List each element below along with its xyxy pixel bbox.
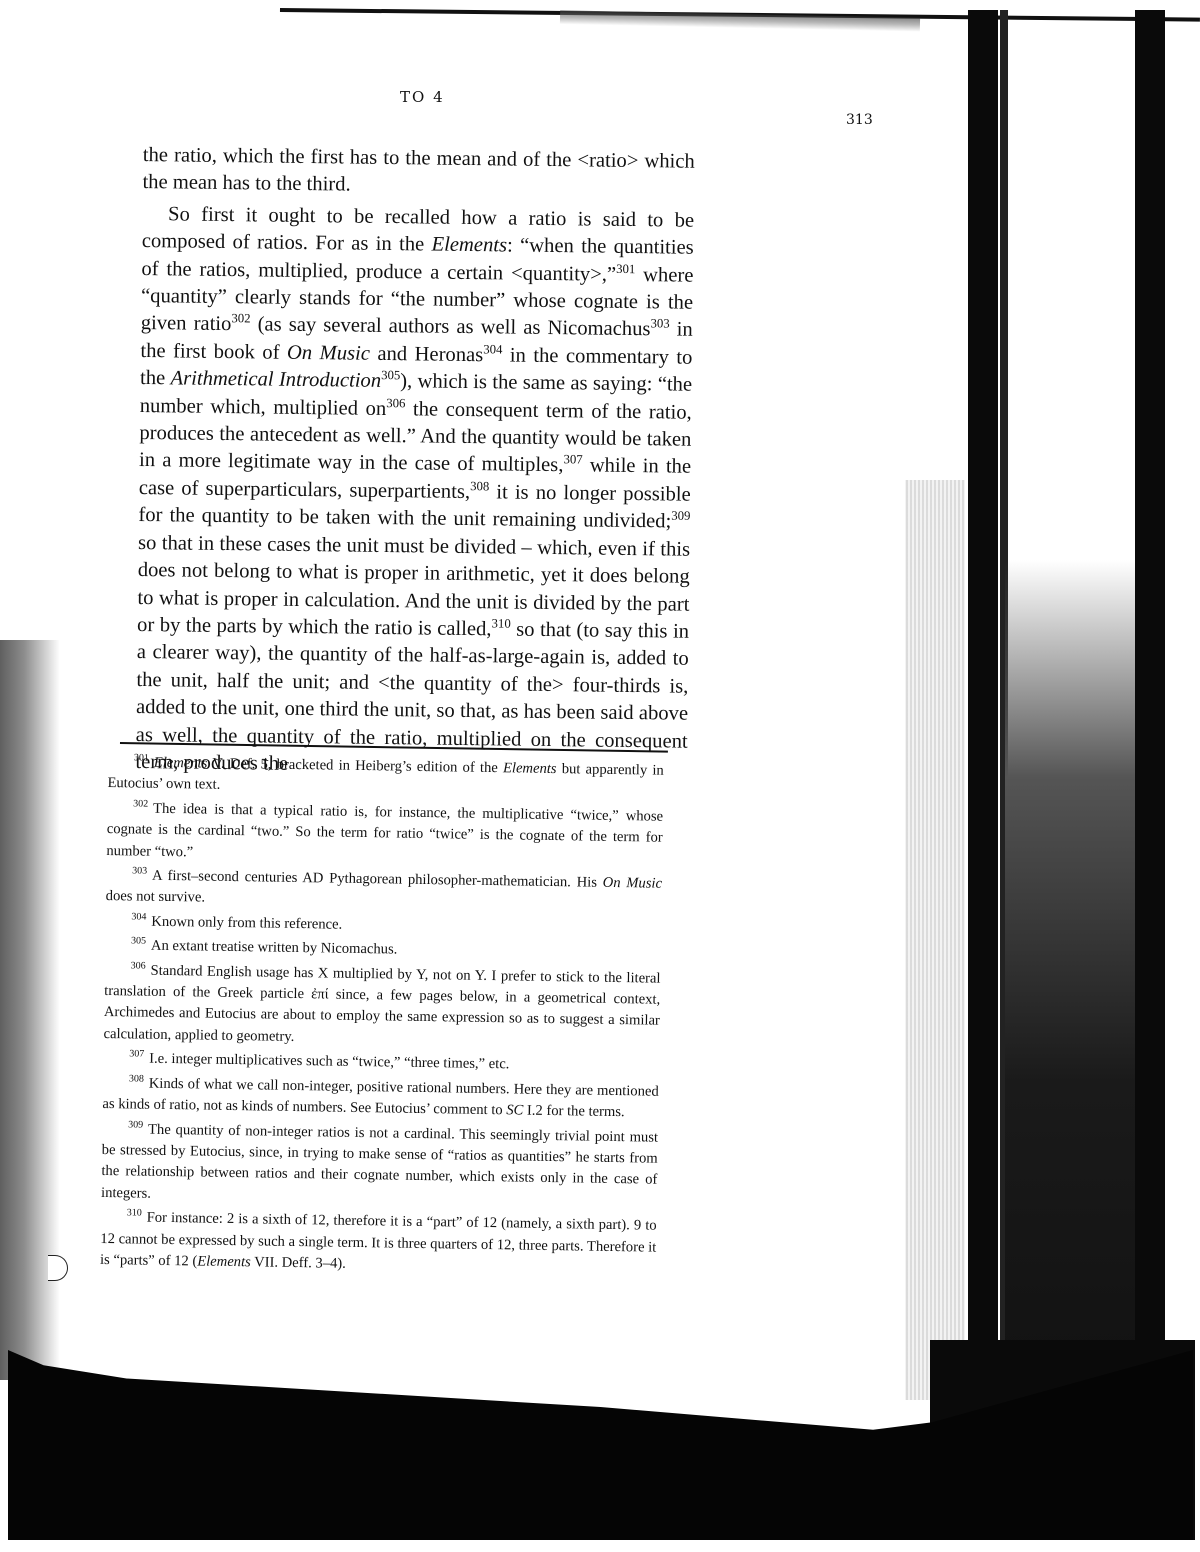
- footnote-ref: 310: [492, 616, 511, 630]
- footnote-ref: 304: [483, 342, 502, 356]
- footnote-309: 309The quantity of non-integer ratios is…: [101, 1118, 658, 1212]
- footnote-number: 303: [132, 866, 147, 877]
- text-run: I.2 for the terms.: [523, 1103, 625, 1121]
- footnote-number: 301: [134, 753, 149, 764]
- footnote-ref: 302: [231, 312, 250, 326]
- text-run: and Heronas: [370, 343, 484, 366]
- footnote-ref: 303: [650, 317, 669, 331]
- footnotes: 301Elements V. Def. 5, bracketed in Heib…: [100, 752, 664, 1283]
- footnote-308: 308Kinds of what we call non-integer, po…: [102, 1073, 659, 1125]
- footnote-310: 310For instance: 2 is a sixth of 12, the…: [100, 1207, 657, 1280]
- footnote-302: 302The idea is that a typical ratio is, …: [106, 798, 663, 871]
- running-head: TO 4: [400, 88, 445, 106]
- text-run: Known only from this reference.: [151, 914, 342, 933]
- book-spine-band: [968, 10, 998, 1350]
- body-text: the ratio, which the first has to the me…: [135, 142, 695, 783]
- text-run: The idea is that a typical ratio is, for…: [106, 801, 663, 860]
- scan-shadow-zone: [1005, 560, 1140, 1430]
- italic-title: Elements: [154, 755, 208, 772]
- text-run: An extant treatise written by Nicomachus…: [151, 938, 398, 958]
- body-paragraph: the ratio, which the first has to the me…: [142, 142, 695, 204]
- footnote-number: 310: [127, 1208, 142, 1219]
- page-fore-edge: [905, 480, 965, 1400]
- footnote-number: 306: [131, 960, 146, 971]
- body-paragraph: So first it ought to be recalled how a r…: [135, 201, 694, 783]
- italic-title: On Music: [603, 875, 663, 892]
- text-run: so that (to say this in a clearer way), …: [135, 618, 689, 774]
- text-run: Standard English usage has X multiplied …: [103, 962, 660, 1044]
- italic-title: Elements: [503, 760, 557, 777]
- footnote-303: 303A first–second centuries AD Pythagore…: [106, 865, 663, 917]
- italic-title: On Music: [287, 342, 370, 365]
- text-run: the ratio, which the first has to the me…: [142, 144, 695, 196]
- italic-title: SC: [506, 1102, 523, 1118]
- footnote-ref: 309: [671, 509, 690, 523]
- text-run: For instance: 2 is a sixth of 12, theref…: [100, 1210, 657, 1270]
- text-run: does not survive.: [106, 888, 206, 906]
- scanner-edge-band: [1135, 10, 1165, 1440]
- text-run: VII. Deff. 3–4).: [251, 1254, 346, 1271]
- text-run: (as say several authors as well as Nicom…: [250, 314, 650, 341]
- footnote-number: 305: [131, 936, 146, 947]
- italic-title: Elements: [197, 1253, 251, 1270]
- footnote-ref: 301: [616, 262, 635, 276]
- text-run: A first–second centuries AD Pythagorean …: [152, 868, 603, 891]
- footnote-ref: 308: [470, 479, 489, 493]
- footnote-number: 302: [133, 798, 148, 809]
- footnote-number: 308: [129, 1073, 144, 1084]
- text-run: The quantity of non-integer ratios is no…: [101, 1121, 658, 1201]
- italic-title: Arithmetical Introduction: [170, 368, 381, 393]
- page-number: 313: [846, 112, 873, 128]
- footnote-301: 301Elements V. Def. 5, bracketed in Heib…: [107, 752, 664, 804]
- footnote-ref: 306: [386, 396, 405, 410]
- footnote-ref: 305: [381, 368, 400, 382]
- footnote-306: 306Standard English usage has X multipli…: [103, 960, 660, 1054]
- page-clip-mark: [48, 1255, 68, 1281]
- text-run: V. Def. 5, bracketed in Heiberg’s editio…: [207, 756, 503, 777]
- italic-title: Elements: [431, 234, 507, 257]
- footnote-number: 304: [131, 911, 146, 922]
- footnote-number: 307: [129, 1049, 144, 1060]
- footnote-number: 309: [128, 1119, 143, 1130]
- footnote-ref: 307: [563, 453, 582, 467]
- text-run: I.e. integer multiplicatives such as “tw…: [149, 1051, 509, 1073]
